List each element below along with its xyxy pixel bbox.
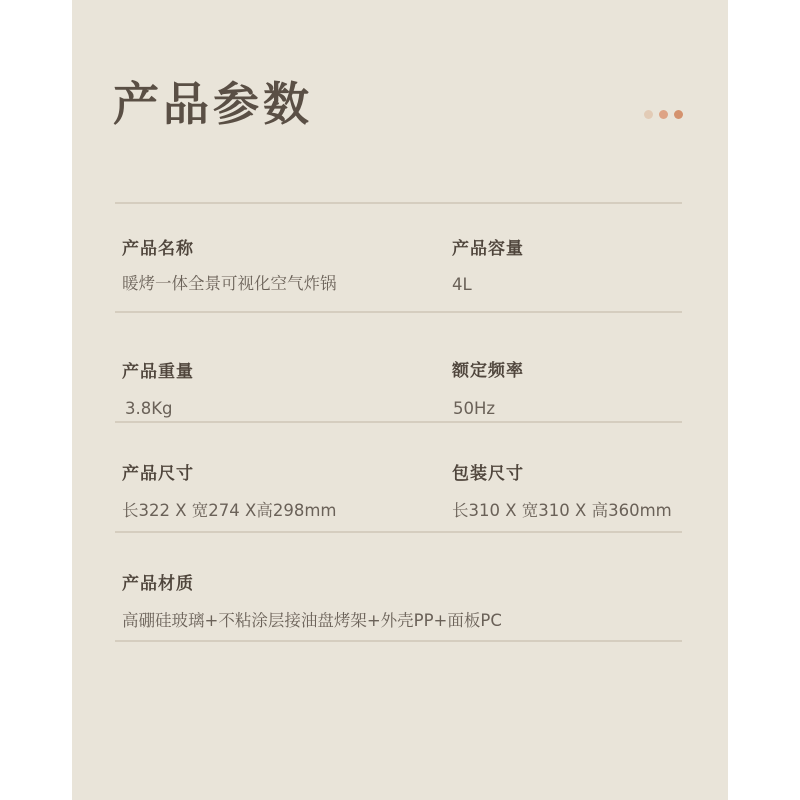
dot-light-icon	[644, 110, 653, 119]
spec-value: 4L	[452, 274, 472, 296]
spec-value: 50Hz	[453, 398, 495, 420]
dot-dark-icon	[674, 110, 683, 119]
spec-value: 高硼硅玻璃+不粘涂层接油盘烤架+外壳PP+面板PC	[122, 610, 502, 632]
spec-label: 产品容量	[452, 238, 524, 260]
dot-mid-icon	[659, 110, 668, 119]
divider-row-2	[115, 421, 682, 423]
divider-row-3	[115, 531, 682, 533]
page-title: 产品参数	[113, 74, 313, 134]
spec-label: 产品尺寸	[122, 463, 194, 485]
divider-row-4	[115, 640, 682, 642]
spec-label: 产品重量	[122, 361, 194, 383]
spec-value: 3.8Kg	[125, 398, 173, 420]
spec-label: 产品名称	[122, 238, 194, 260]
divider-top	[115, 202, 682, 204]
spec-label: 产品材质	[122, 573, 194, 595]
decorative-dots	[644, 110, 683, 119]
spec-label: 包装尺寸	[452, 463, 524, 485]
spec-value: 长322 X 宽274 X高298mm	[122, 500, 336, 522]
spec-value: 长310 X 宽310 X 高360mm	[452, 500, 672, 522]
divider-row-1	[115, 311, 682, 313]
spec-value: 暖烤一体全景可视化空气炸锅	[122, 273, 337, 295]
spec-label: 额定频率	[452, 360, 524, 382]
